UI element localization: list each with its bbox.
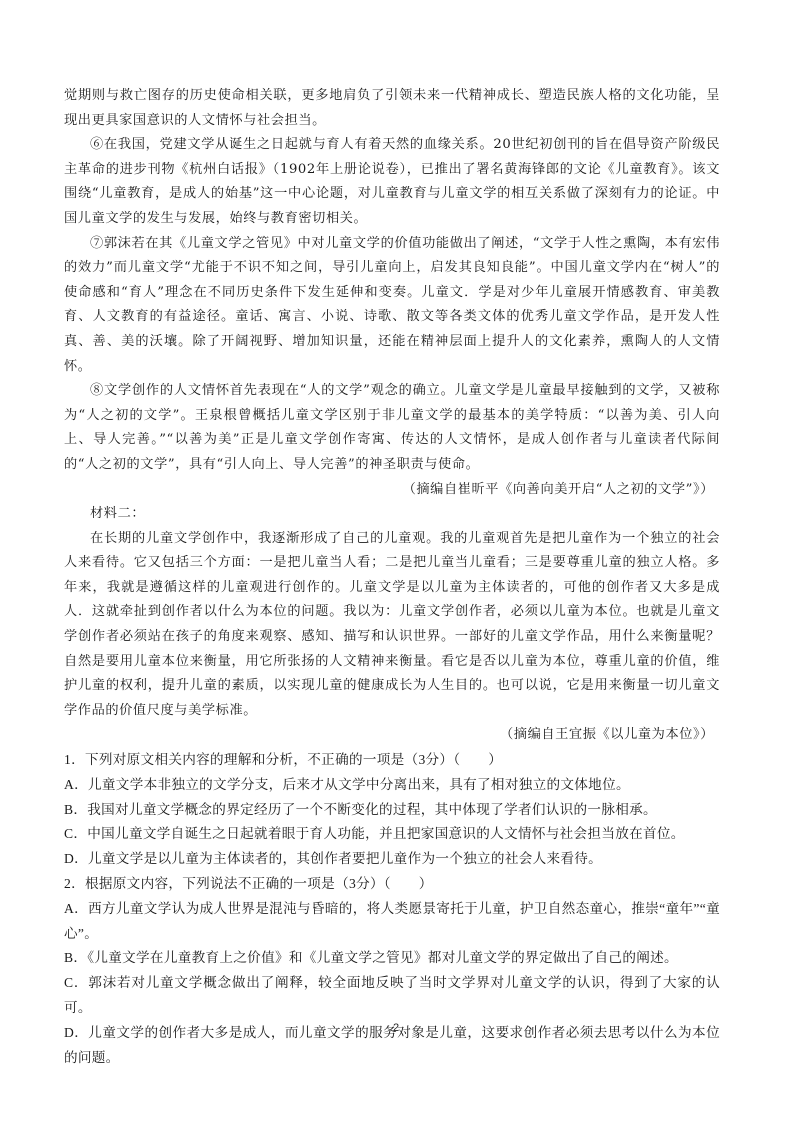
source-citation-2: （摘编自王宜振《以儿童为本位》） xyxy=(64,723,720,748)
material-2-label: 材料二： xyxy=(64,502,720,527)
paragraph-7: ⑦郭沫若在其《儿童文学之管见》中对儿童文学的价值功能做出了阐述，“文学于人性之熏… xyxy=(64,232,720,380)
question-1-option-c: C．中国儿童文学自诞生之日起就着眼于育人功能，并且把家国意识的人文情怀与社会担当… xyxy=(64,822,720,847)
material-2-paragraph: 在长期的儿童文学创作中，我逐渐形成了自己的儿童观。我的儿童观首先是把儿童作为一个… xyxy=(64,527,720,724)
paragraph-8: ⑧文学创作的人文情怀首先表现在“人的文学”观念的确立。儿童文学是儿童最早接触到的… xyxy=(64,379,720,477)
question-2-stem: 2．根据原文内容，下列说法不正确的一项是（3分）（ ） xyxy=(64,872,720,897)
page-number: 2 xyxy=(386,1022,406,1034)
paragraph-5-continued: 觉期则与救亡图存的历史使命相关联，更多地肩负了引领未来一代精神成长、塑造民族人格… xyxy=(64,84,720,133)
question-2-option-b: B．《儿童文学在儿童教育上之价值》和《儿童文学之管见》都对儿童文学的界定做出了自… xyxy=(64,946,720,971)
question-2: 2．根据原文内容，下列说法不正确的一项是（3分）（ ） A．西方儿童文学认为成人… xyxy=(64,872,720,1070)
question-1: 1．下列对原文相关内容的理解和分析，不正确的一项是（3分）（ ） A．儿童文学本… xyxy=(64,748,720,872)
question-2-option-a: A．西方儿童文学认为成人世界是混沌与昏暗的，将人类愿景寄托于儿童，护卫自然态童心… xyxy=(64,897,720,947)
question-2-option-c: C．郭沫若对儿童文学概念做出了阐释，较全面地反映了当时文学界对儿童文学的认识，得… xyxy=(64,971,720,1021)
question-1-option-b: B．我国对儿童文学概念的界定经历了一个不断变化的过程，其中体现了学者们认识的一脉… xyxy=(64,798,720,823)
question-1-option-a: A．儿童文学本非独立的文学分支，后来才从文学中分离出来，具有了相对独立的文体地位… xyxy=(64,773,720,798)
question-1-stem: 1．下列对原文相关内容的理解和分析，不正确的一项是（3分）（ ） xyxy=(64,748,720,773)
question-1-option-d: D．儿童文学是以儿童为主体读者的，其创作者要把儿童作为一个独立的社会人来看待。 xyxy=(64,847,720,872)
paragraph-6: ⑥在我国，党建文学从诞生之日起就与育人有着天然的血缘关系。20世纪初创刊的旨在倡… xyxy=(64,133,720,231)
source-citation-1: （摘编自崔昕平《向善向美开启“人之初的文学”》） xyxy=(64,478,720,503)
document-page: 觉期则与救亡图存的历史使命相关联，更多地肩负了引领未来一代精神成长、塑造民族人格… xyxy=(64,84,720,1070)
